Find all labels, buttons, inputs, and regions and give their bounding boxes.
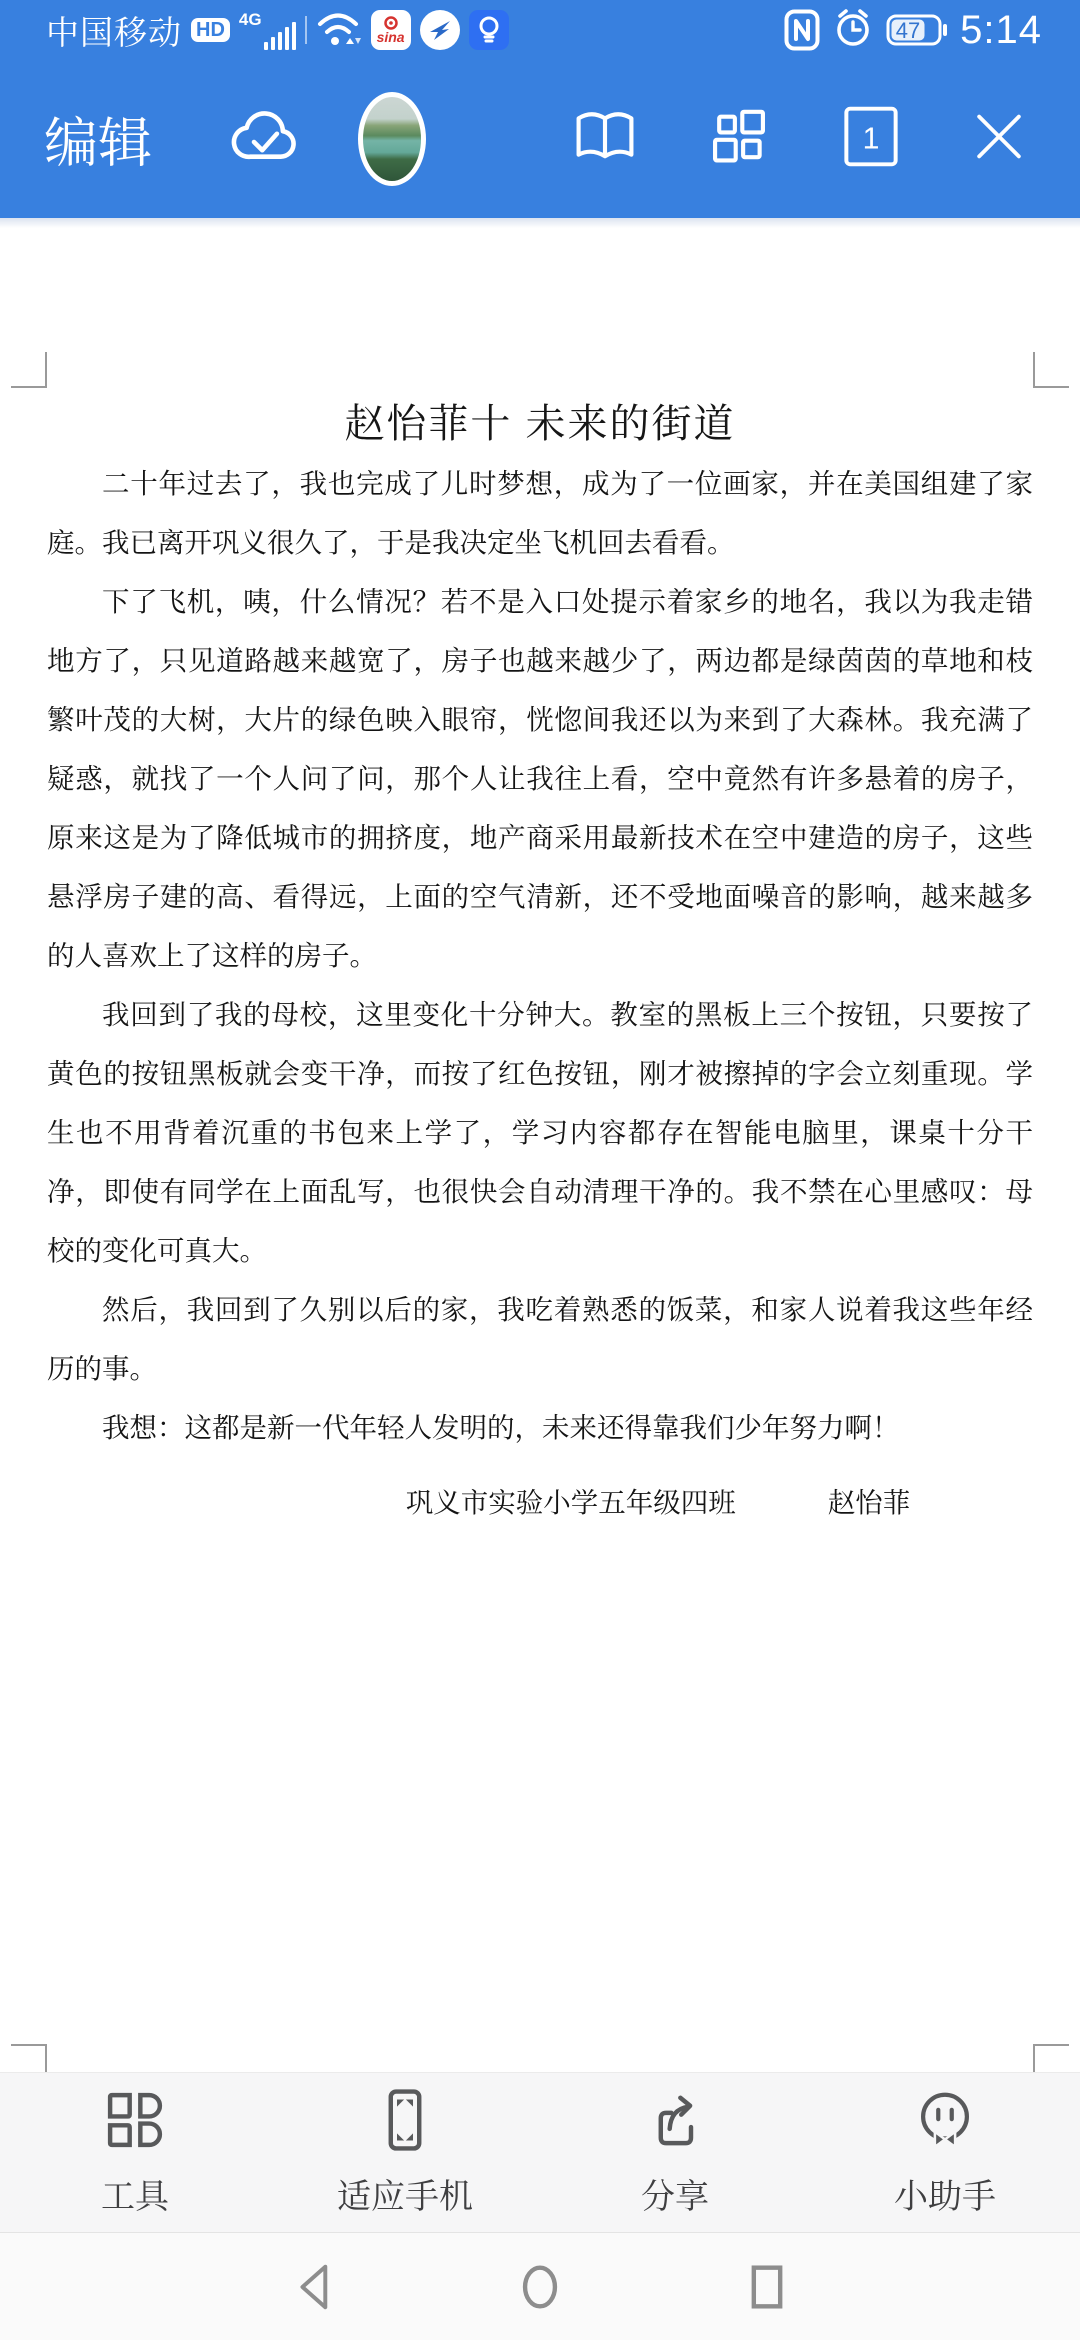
share-label: 分享 [641,2169,709,2218]
bottom-toolbar: 工具 适应手机 分享 [0,2072,1080,2232]
page-number-value: 1 [863,122,880,155]
page-corner-mark-bottom-right [1033,2044,1069,2072]
flashlight-bulb-icon [469,10,509,50]
signature-school: 巩义市实验小学五年级四班 [406,1473,736,1532]
hd-badge: HD [191,18,230,42]
wifi-icon [316,8,362,53]
nav-back-button[interactable] [285,2258,342,2315]
edit-button[interactable]: 编辑 [44,101,152,178]
assistant-button[interactable]: 小助手 [810,2073,1080,2232]
sina-app-icon: sina [371,10,411,50]
share-icon [643,2088,707,2157]
nfc-icon [784,9,820,51]
page-corner-mark-top-left [11,352,47,388]
page-number-icon[interactable]: 1 [840,104,902,175]
tools-button[interactable]: 工具 [0,2073,270,2232]
document-canvas[interactable]: 赵怡菲十 未来的街道 二十年过去了，我也完成了儿时梦想，成为了一位画家，并在美国… [0,218,1080,2072]
battery-level: 47 [896,18,920,43]
essay-paragraph: 我回到了我的母校，这里变化十分钟大。教室的黑板上三个按钮，只要按了黄色的按钮黑板… [47,985,1033,1280]
essay-paragraph: 我想：这都是新一代年轻人发明的，未来还得靠我们少年努力啊！ [47,1398,1033,1457]
system-nav-bar [0,2232,1080,2340]
status-left-cluster: 中国移动 HD 4G s [46,0,509,60]
essay-title: 赵怡菲十 未来的街道 [0,392,1080,449]
status-right-cluster: 47 5:14 [784,0,1042,60]
phone-screen: 中国移动 HD 4G s [0,0,1080,2340]
nav-home-button[interactable] [512,2258,569,2315]
battery-icon: 47 [886,12,948,48]
status-divider [305,16,307,44]
fit-phone-label: 适应手机 [337,2169,473,2218]
essay-paragraph: 然后，我回到了久别以后的家，我吃着熟悉的饭菜，和家人说着我这些年经历的事。 [47,1280,1033,1398]
toolbar-shadow [0,218,1080,228]
read-mode-book-icon[interactable] [572,106,638,173]
view-grid-icon[interactable] [706,104,772,175]
essay-paragraph: 下了飞机，咦，什么情况？若不是入口处提示着家乡的地名，我以为我走错地方了，只见道… [47,572,1033,985]
carrier-label: 中国移动 [46,7,182,54]
page-corner-mark-top-right [1033,352,1069,388]
sina-label: sina [377,30,405,44]
avatar[interactable] [358,92,426,186]
tools-grid-icon [103,2088,167,2157]
bird-app-icon [420,10,460,50]
close-icon[interactable] [970,108,1028,171]
tools-label: 工具 [101,2169,169,2218]
assistant-face-icon [913,2088,977,2157]
clock-label: 5:14 [960,8,1042,53]
signal-strength-icon: 4G [239,10,296,50]
essay-body: 二十年过去了，我也完成了儿时梦想，成为了一位画家，并在美国组建了家庭。我已离开巩… [47,454,1033,1532]
essay-paragraph: 二十年过去了，我也完成了儿时梦想，成为了一位画家，并在美国组建了家庭。我已离开巩… [47,454,1033,572]
fit-phone-button[interactable]: 适应手机 [270,2073,540,2232]
app-toolbar: 编辑 1 [0,60,1080,218]
assistant-label: 小助手 [894,2169,996,2218]
cloud-sync-icon[interactable] [228,104,302,175]
essay-signature: 巩义市实验小学五年级四班 赵怡菲 [165,1473,1080,1532]
fit-phone-icon [373,2088,437,2157]
share-button[interactable]: 分享 [540,2073,810,2232]
signature-name: 赵怡菲 [828,1473,911,1532]
status-bar: 中国移动 HD 4G s [0,0,1080,60]
page-corner-mark-bottom-left [11,2044,47,2072]
nav-recents-button[interactable] [739,2258,796,2315]
network-type-label: 4G [239,10,262,30]
alarm-clock-icon [832,7,874,54]
